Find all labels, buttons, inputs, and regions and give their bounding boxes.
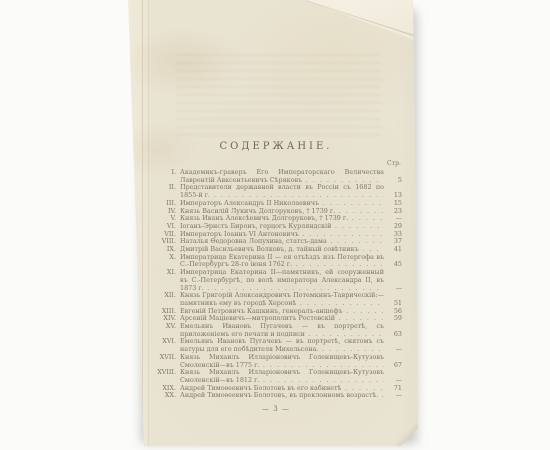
- toc-entry-title: Андрей Тимоѳеевичъ Болотовъ, въ преклонн…: [180, 392, 378, 399]
- toc-entry-title-cell: Наталья Ѳедоровна Лопухина, статсъ-дама …: [180, 238, 384, 246]
- toc-entry: VI.Іоганъ-Эрнстъ Биронъ, герцогъ Курлянд…: [150, 223, 402, 231]
- page-footer: — 3 —: [150, 405, 402, 413]
- toc-entry-page: 41: [384, 246, 402, 254]
- toc-entry-number: X.: [150, 254, 180, 262]
- toc-entry-title-cell: Іоганъ-Эрнстъ Биронъ, герцогъ Курляндскі…: [180, 223, 384, 231]
- toc-entry-number: XVIII.: [150, 369, 180, 377]
- toc-entry: III.Императоръ Александръ II Николаевичъ…: [150, 200, 402, 208]
- toc-entry: XI.Императрица Екатерина II—памятникъ, е…: [150, 269, 402, 292]
- toc-entry-number: XII.: [150, 292, 180, 300]
- page-title: СОДЕРЖАНІЕ.: [150, 141, 402, 152]
- toc-entry: IX.Дмитрій Васильевичъ Волковъ, д. тайны…: [150, 246, 402, 254]
- toc-entry-title-cell: Дмитрій Васильевичъ Волковъ, д. тайный с…: [180, 246, 384, 254]
- toc-entry-title-cell: Евгеній Петровичъ Кашкинъ, генералъ-анше…: [180, 308, 384, 316]
- toc-entry-number: XVI.: [150, 338, 180, 346]
- toc-entry-number: XI.: [150, 269, 180, 277]
- toc-entry-title-cell: Емельянъ Ивановъ Пугачевъ — въ портретѣ,…: [180, 338, 384, 353]
- toc-entry-title-cell: Емельянъ Ивановъ Пугачевъ — въ портретѣ,…: [180, 323, 384, 338]
- page-edge-line: [142, 0, 143, 446]
- page-content: СОДЕРЖАНІЕ. Стр. I.Академикъ-граверъ Его…: [150, 0, 402, 413]
- toc-entry-title-cell: Представители державной власти въ Россіи…: [180, 184, 384, 199]
- toc-entry: XX.Андрей Тимоѳеевичъ Болотовъ, въ прекл…: [150, 392, 402, 400]
- toc-entry-title-cell: Князь Михаилъ Илларіоновичъ Голенищевъ-К…: [180, 354, 384, 369]
- toc-entry-number: II.: [150, 184, 180, 192]
- toc-entry: XIV.Арсеній Маціевичъ—митрополитъ Ростов…: [150, 315, 402, 323]
- toc-entry-title-cell: Императоръ Александръ II Николаевичъ . .…: [180, 200, 384, 208]
- toc-entry-title-cell: Князь Василій Лукичъ Долгоруковъ, † 1739…: [180, 208, 384, 216]
- toc-entry: XIII.Евгеній Петровичъ Кашкинъ, генералъ…: [150, 308, 402, 316]
- page-corner-shadow: [394, 422, 422, 448]
- toc-entry-title-cell: Андрей Тимоѳеевичъ Болотовъ, въ преклонн…: [180, 392, 384, 400]
- toc-entry-title: Наталья Ѳедоровна Лопухина, статсъ-дама: [180, 238, 327, 245]
- toc-entry-title: Андрей Тимоѳеевичъ Болотовъ въ его кабин…: [180, 385, 341, 392]
- toc-entry-page: 5: [384, 177, 402, 185]
- toc-entry-page: —: [384, 392, 402, 400]
- toc-entry-number: XVII.: [150, 354, 180, 362]
- toc-entry: X.Императрица Екатерина II — ея отъѣздъ …: [150, 254, 402, 269]
- page-column-header: Стр.: [150, 160, 402, 167]
- toc-entry: VIII.Наталья Ѳедоровна Лопухина, статсъ-…: [150, 238, 402, 246]
- toc-entry-title: Императоръ Александръ II Николаевичъ: [180, 200, 319, 207]
- toc-entry-title-cell: Князь Григорій Александровичъ Потемкинъ-…: [180, 292, 384, 307]
- toc-entry-title-cell: Императоръ Іоаннъ VI Антоновичъ . . . . …: [180, 231, 384, 239]
- toc-entry-title-cell: Арсеній Маціевичъ—митрополитъ Ростовскій…: [180, 315, 384, 323]
- toc-entry-page: 63: [384, 331, 402, 339]
- toc-entry: VII.Императоръ Іоаннъ VI Антоновичъ . . …: [150, 231, 402, 239]
- toc-entry-page: 67: [384, 362, 402, 370]
- toc-entry-title-cell: Князь Михаилъ Илларіоновичъ Голенищевъ-К…: [180, 369, 384, 384]
- toc-entry-page: 59: [384, 315, 402, 323]
- toc-entry: V.Князь Иванъ Алексѣевичъ Долгоруковъ, †…: [150, 215, 402, 223]
- toc-entry: IV.Князь Василій Лукичъ Долгоруковъ, † 1…: [150, 208, 402, 216]
- toc-entry-title-cell: Князь Иванъ Алексѣевичъ Долгоруковъ, † 1…: [180, 215, 384, 223]
- toc-entry: I.Академикъ-граверъ Его Императорскаго В…: [150, 169, 402, 184]
- toc-entry-title-cell: Императрица Екатерина II — ея отъѣздъ из…: [180, 254, 384, 269]
- toc-list: I.Академикъ-граверъ Его Императорскаго В…: [150, 169, 402, 400]
- toc-entry-page: —: [384, 285, 402, 293]
- toc-entry: XII.Князь Григорій Александровичъ Потемк…: [150, 292, 402, 307]
- toc-entry-title: Арсеній Маціевичъ—митрополитъ Ростовскій: [180, 315, 335, 322]
- toc-entry: XVII.Князь Михаилъ Илларіоновичъ Голенищ…: [150, 354, 402, 369]
- toc-entry-page: —: [384, 346, 402, 354]
- toc-entry: XV.Емельянъ Ивановъ Пугачевъ — въ портре…: [150, 323, 402, 338]
- toc-entry-title: Князь Иванъ Алексѣевичъ Долгоруковъ, † 1…: [180, 215, 348, 222]
- toc-entry-title-cell: Академикъ-граверъ Его Императорскаго Вел…: [180, 169, 384, 184]
- toc-entry-title: Князь Василій Лукичъ Долгоруковъ, † 1739…: [180, 208, 335, 215]
- toc-entry-title: Іоганъ-Эрнстъ Биронъ, герцогъ Курляндскі…: [180, 223, 331, 230]
- toc-entry: II.Представители державной власти въ Рос…: [150, 184, 402, 199]
- toc-entry: XVIII.Князь Михаилъ Илларіоновичъ Голени…: [150, 369, 402, 384]
- toc-entry-page: 45: [384, 261, 402, 269]
- toc-entry: XIX.Андрей Тимоѳеевичъ Болотовъ въ его к…: [150, 385, 402, 393]
- toc-entry-number: I.: [150, 169, 180, 177]
- toc-entry-title-cell: Андрей Тимоѳеевичъ Болотовъ въ его кабин…: [180, 385, 384, 393]
- toc-entry-title: Евгеній Петровичъ Кашкинъ, генералъ-анше…: [180, 308, 343, 315]
- photo-backdrop: СОДЕРЖАНІЕ. Стр. I.Академикъ-граверъ Его…: [0, 0, 550, 450]
- toc-entry-title-cell: Императрица Екатерина II—памятникъ, ей с…: [180, 269, 384, 292]
- toc-entry: XVI.Емельянъ Ивановъ Пугачевъ — въ портр…: [150, 338, 402, 353]
- toc-entry-title: Императоръ Іоаннъ VI Антоновичъ: [180, 231, 299, 238]
- toc-entry-number: XX.: [150, 392, 180, 400]
- book-page: СОДЕРЖАНІЕ. Стр. I.Академикъ-граверъ Его…: [128, 0, 418, 446]
- toc-entry-number: XV.: [150, 323, 180, 331]
- toc-entry-title: Дмитрій Васильевичъ Волковъ, д. тайный с…: [180, 246, 359, 253]
- page-edge-line: [148, 0, 149, 446]
